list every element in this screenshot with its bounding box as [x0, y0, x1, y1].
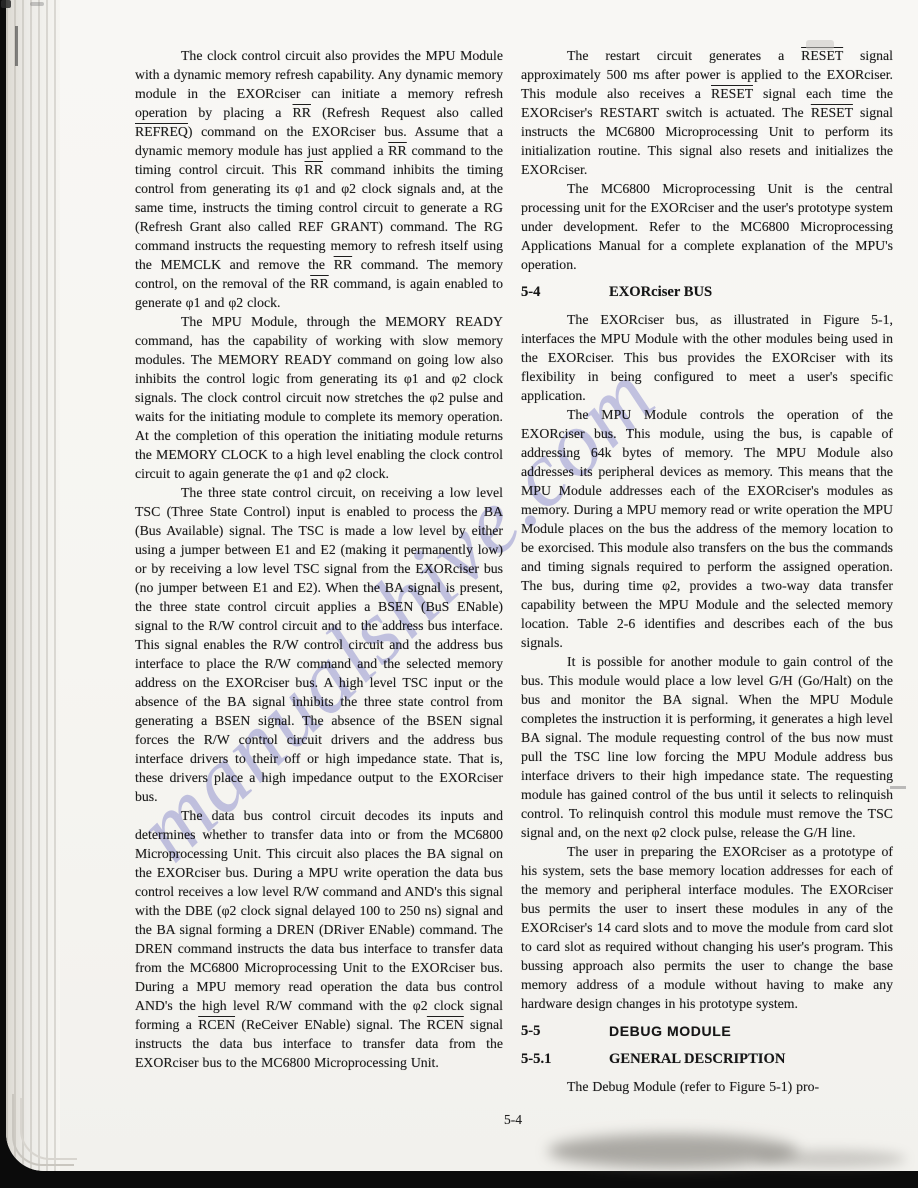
section-title: EXORciser BUS	[609, 283, 712, 302]
overlined-signal-name: RR	[310, 276, 328, 291]
overlined-signal-name: RR	[388, 143, 406, 158]
overlined-signal-name: RESET	[811, 105, 853, 120]
overlined-signal-name: REFREQ	[135, 124, 188, 139]
paragraph: The three state control circuit, on rece…	[135, 483, 503, 806]
paragraph: The MPU Module, through the MEMORY READY…	[135, 312, 503, 483]
overlined-signal-name: RCEN	[198, 1017, 235, 1032]
overlined-signal-name: RR	[293, 105, 311, 120]
overlined-signal-name: RCEN	[427, 1017, 464, 1032]
scan-artifact-mark	[890, 786, 906, 789]
paragraph: The clock control circuit also provides …	[135, 46, 503, 312]
scan-artifact-mark	[15, 26, 18, 66]
section-title: GENERAL DESCRIPTION	[609, 1050, 785, 1069]
paragraph: The EXORciser bus, as illustrated in Fig…	[521, 310, 893, 405]
paragraph: The Debug Module (refer to Figure 5-1) p…	[521, 1077, 893, 1096]
paragraph: The MC6800 Microprocessing Unit is the c…	[521, 179, 893, 274]
overlined-signal-name: RESET	[801, 48, 843, 63]
page-curl-shadow	[756, 1150, 906, 1168]
paragraph: The MPU Module controls the operation of…	[521, 405, 893, 652]
section-number: 5-4	[521, 283, 609, 302]
scan-artifact-mark	[1, 0, 11, 8]
right-text-column: The restart circuit generates a RESET si…	[521, 46, 893, 1096]
book-binding-page-edges	[6, 0, 60, 1171]
paragraph: The user in preparing the EXORciser as a…	[521, 842, 893, 1013]
page-curl-shadow	[548, 1134, 798, 1168]
section-title: DEBUG MODULE	[609, 1022, 731, 1041]
paragraph: The data bus control circuit decodes its…	[135, 806, 503, 1072]
overlined-signal-name: RESET	[711, 86, 753, 101]
paragraph: It is possible for another module to gai…	[521, 652, 893, 842]
overlined-signal-name: RR	[305, 162, 323, 177]
scan-artifact-mark	[30, 2, 44, 6]
section-heading-5-5.1: 5-5.1GENERAL DESCRIPTION	[521, 1050, 893, 1069]
scan-artifact-mark	[806, 40, 834, 50]
paragraph: The restart circuit generates a RESET si…	[521, 46, 893, 179]
page-number: 5-4	[433, 1112, 593, 1128]
page-corner-edge-line	[20, 1098, 77, 1160]
left-text-column: The clock control circuit also provides …	[135, 46, 503, 1072]
overlined-signal-name: RR	[334, 257, 352, 272]
section-number: 5-5	[521, 1022, 609, 1041]
section-number: 5-5.1	[521, 1050, 609, 1069]
section-heading-5-5: 5-5DEBUG MODULE	[521, 1022, 893, 1041]
scanned-manual-page: { "document": { "page_number": "5-4", "w…	[0, 0, 918, 1188]
section-heading-5-4: 5-4EXORciser BUS	[521, 283, 893, 302]
